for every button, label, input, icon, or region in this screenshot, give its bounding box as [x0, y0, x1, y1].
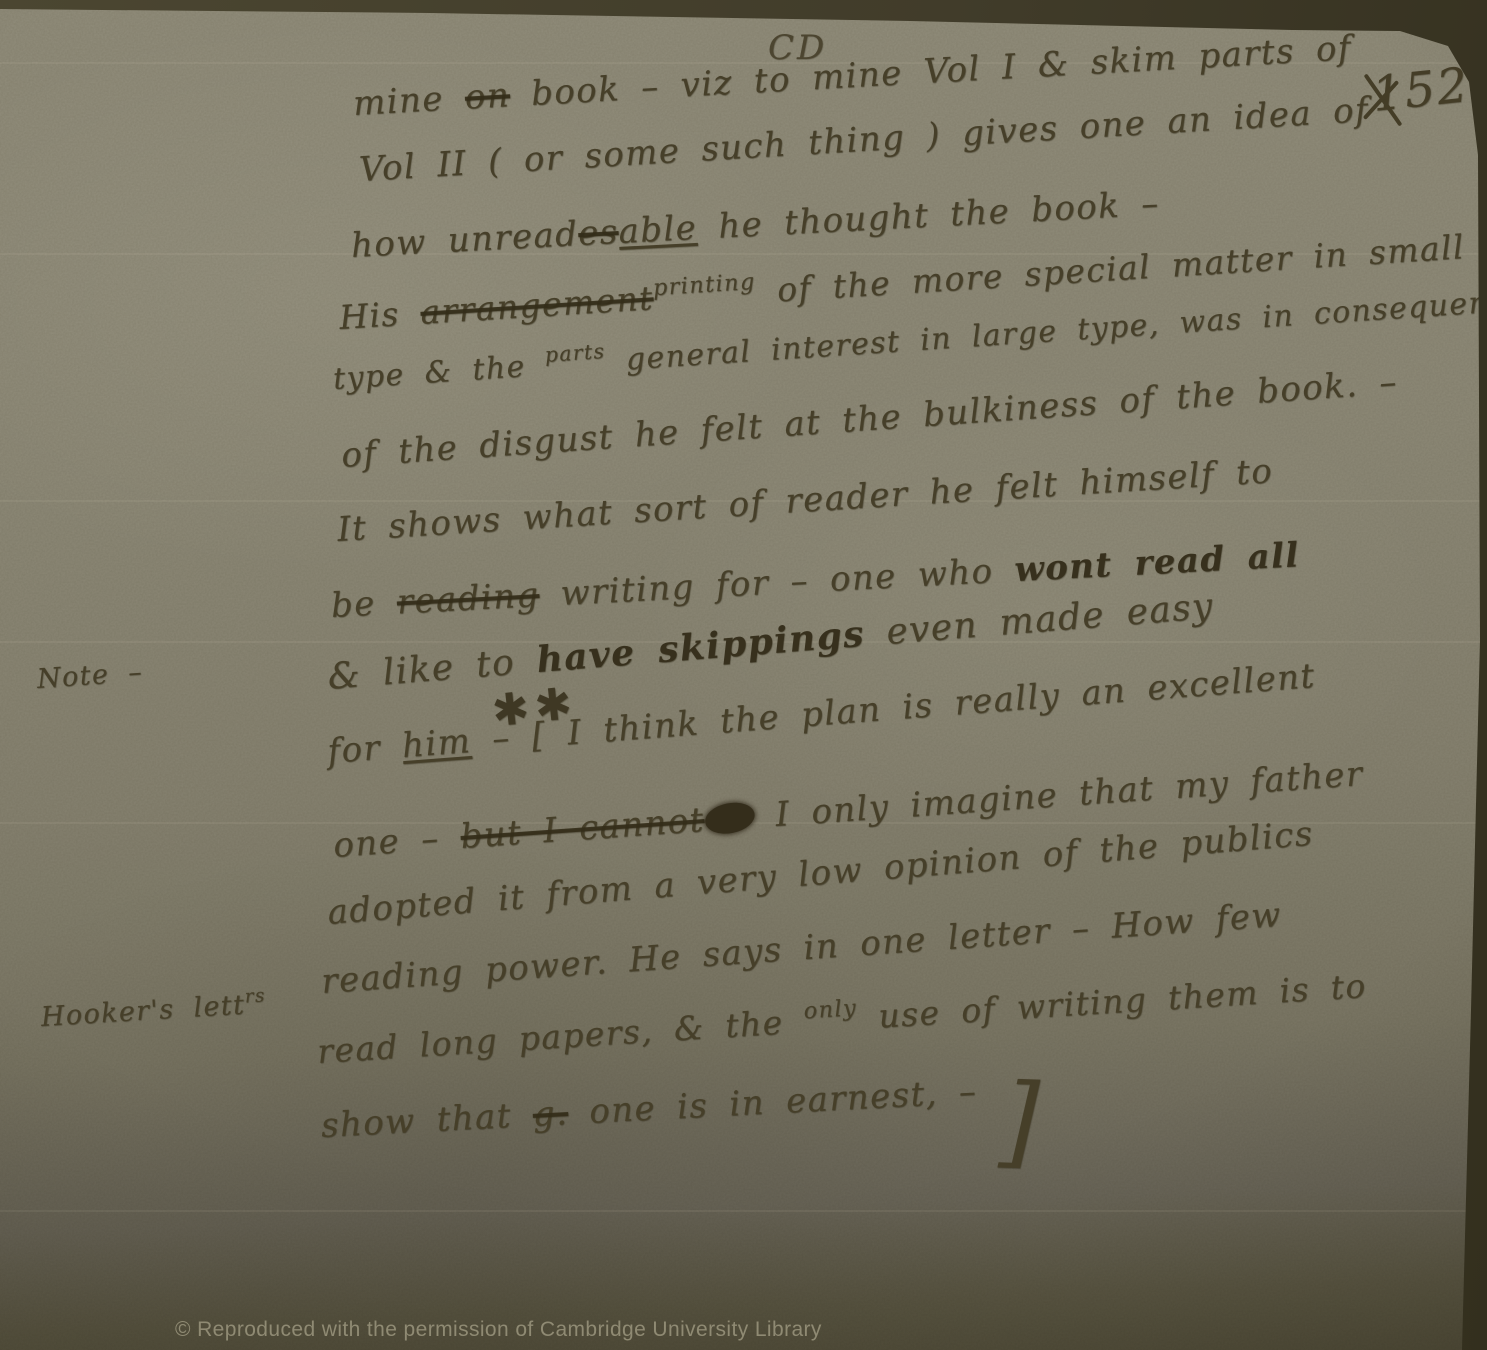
page-number: 152 — [1369, 57, 1472, 123]
margin-note-1: Note – — [36, 657, 144, 695]
text-segment: show that — [320, 1095, 534, 1146]
text-segment: reading — [396, 575, 541, 622]
margin-note-2: Hooker's lettrs — [40, 988, 267, 1033]
ink-blot — [702, 799, 757, 838]
text-segment: rs — [244, 985, 266, 1007]
text-segment: Hooker's lett — [40, 990, 246, 1033]
text-segment: printing — [652, 269, 756, 301]
text-segment: parts — [544, 339, 606, 367]
text-segment: have skippings — [535, 613, 866, 681]
text-segment: only — [803, 995, 858, 1024]
text-segment: he thought the book – — [696, 184, 1161, 248]
text-segment: even made easy — [863, 586, 1215, 655]
text-segment: on — [464, 75, 511, 117]
text-segment: wont read all — [1013, 535, 1300, 590]
text-segment: one is in earnest, – — [567, 1072, 978, 1133]
manuscript-line-15: show that g. one is in earnest, – — [320, 1072, 978, 1146]
text-segment: arrangement — [419, 278, 655, 332]
text-segment: type & the — [332, 348, 547, 397]
text-segment: use of writing them is to — [856, 966, 1367, 1037]
scan-artifact-line — [0, 1210, 1487, 1212]
text-segment: read long papers, & the — [316, 1001, 806, 1071]
asterisk-annotation: ✱✱ — [490, 678, 581, 738]
text-segment: be — [330, 583, 398, 626]
text-segment: for — [326, 726, 404, 772]
text-segment: but I cannot — [459, 800, 706, 857]
manuscript-photo: CD 152 Note –Hooker's lettrs mine on boo… — [0, 0, 1487, 1350]
text-segment: one – — [332, 817, 462, 866]
text-segment: able — [617, 208, 698, 252]
text-segment: Note – — [36, 657, 144, 695]
copyright-credit: © Reproduced with the permission of Camb… — [175, 1318, 822, 1342]
text-segment: g. — [532, 1093, 569, 1135]
closing-bracket: ] — [998, 1061, 1041, 1179]
text-segment: es — [577, 212, 619, 254]
manuscript-page: CD 152 Note –Hooker's lettrs mine on boo… — [0, 0, 1487, 1350]
text-segment: how unread — [350, 214, 579, 266]
text-segment: mine — [352, 78, 466, 124]
text-segment: him — [400, 721, 472, 766]
text-segment: His — [338, 293, 422, 337]
